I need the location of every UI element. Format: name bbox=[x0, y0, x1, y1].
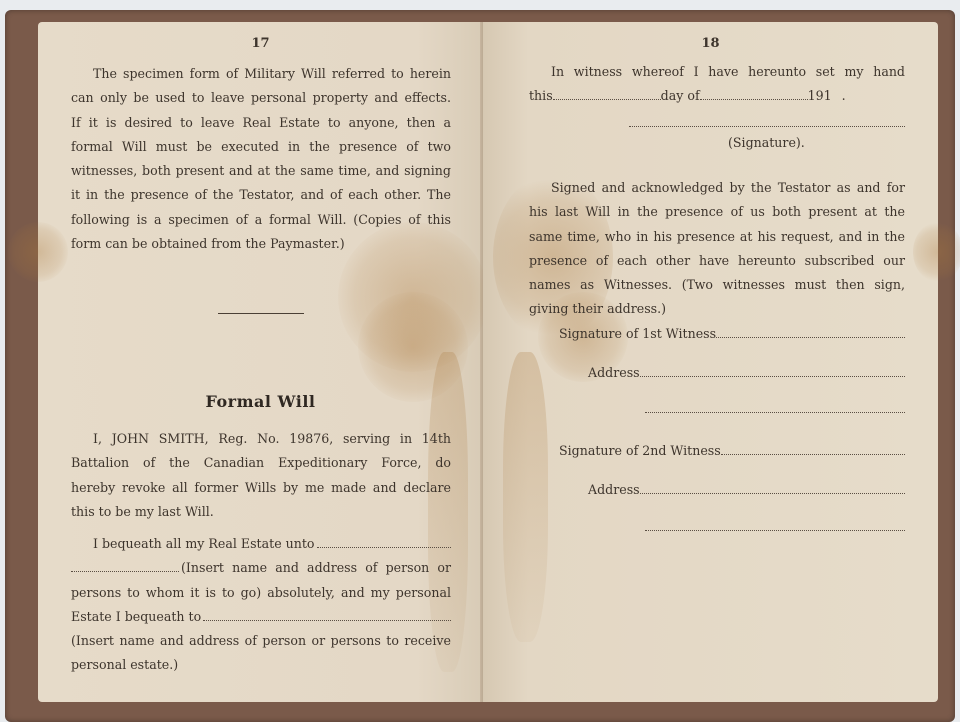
witness-clause: In witness whereof I have hereunto set m… bbox=[529, 60, 905, 109]
text-line: persons to whom it is to go) absolutely,… bbox=[71, 581, 451, 605]
month-blank[interactable] bbox=[700, 99, 808, 100]
text-line: hereby revoke all former Wills by me mad… bbox=[71, 476, 451, 500]
water-stain bbox=[358, 292, 468, 402]
witness1-label: Signature of 1st Witness bbox=[559, 326, 716, 341]
text: I bequeath all my Real Estate unto bbox=[93, 532, 315, 556]
declaration-paragraph: I, JOHN SMITH, Reg. No. 19876, serving i… bbox=[71, 427, 451, 524]
text: Estate I bequeath to bbox=[71, 605, 201, 629]
bequest-line: (Insert name and address of person or bbox=[71, 556, 451, 580]
text-line: I, JOHN SMITH, Reg. No. 19876, serving i… bbox=[71, 427, 451, 451]
text-line: can only be used to leave personal prope… bbox=[71, 86, 451, 110]
section-heading: Formal Will bbox=[38, 392, 483, 411]
left-page: 17 The specimen form of Military Will re… bbox=[38, 22, 483, 702]
year-prefix: 191 bbox=[808, 84, 832, 108]
witness2-address-blank-2[interactable] bbox=[645, 530, 905, 531]
right-page: 18 In witness whereof I have hereunto se… bbox=[483, 22, 938, 702]
witness2-address-row2 bbox=[645, 522, 905, 537]
attestation-paragraph: Signed and acknowledged by the Testator … bbox=[529, 176, 905, 322]
real-estate-beneficiary-blank[interactable] bbox=[317, 547, 451, 548]
witness1-signature-row: Signature of 1st Witness bbox=[559, 326, 905, 341]
witness1-address-blank-2[interactable] bbox=[645, 412, 905, 413]
date-line: this day of 191 . bbox=[529, 84, 905, 108]
text-line: (Insert name and address of person or pe… bbox=[71, 629, 451, 653]
bequest-paragraph: I bequeath all my Real Estate unto (Inse… bbox=[71, 532, 451, 678]
bequest-line: Estate I bequeath to bbox=[71, 605, 451, 629]
text-line: witnesses, both present and at the same … bbox=[71, 159, 451, 183]
witness2-address-row: Address bbox=[588, 482, 905, 497]
witness1-address-row: Address bbox=[588, 365, 905, 380]
real-estate-beneficiary-blank-cont[interactable] bbox=[71, 571, 179, 572]
witness2-address-blank[interactable] bbox=[640, 493, 905, 494]
text-line: names as Witnesses. (Two witnesses must … bbox=[529, 273, 905, 297]
text: . bbox=[842, 84, 846, 108]
personal-estate-beneficiary-blank[interactable] bbox=[203, 620, 451, 621]
page-number: 17 bbox=[38, 36, 483, 51]
text: this bbox=[529, 84, 553, 108]
testator-signature-line[interactable] bbox=[629, 118, 905, 133]
witness1-address-row2 bbox=[645, 404, 905, 419]
text-line: same time, who in his presence at his re… bbox=[529, 225, 905, 249]
text-line: giving their address.) bbox=[529, 297, 905, 321]
bequest-line: I bequeath all my Real Estate unto bbox=[71, 532, 451, 556]
witness1-address-label: Address bbox=[588, 365, 640, 380]
witness2-signature-row: Signature of 2nd Witness bbox=[559, 443, 905, 458]
text-line: Battalion of the Canadian Expeditionary … bbox=[71, 451, 451, 475]
text-line: If it is desired to leave Real Estate to… bbox=[71, 111, 451, 135]
day-blank[interactable] bbox=[553, 99, 661, 100]
text-line: following is a specimen of a formal Will… bbox=[71, 208, 451, 232]
text-line: presence of each other have hereunto sub… bbox=[529, 249, 905, 273]
text-line: form can be obtained from the Paymaster.… bbox=[71, 232, 451, 256]
text-line: his last Will in the presence of us both… bbox=[529, 200, 905, 224]
text-line: The specimen form of Military Will refer… bbox=[71, 62, 451, 86]
text: (Insert name and address of person or bbox=[181, 556, 451, 580]
text-line: personal estate.) bbox=[71, 653, 451, 677]
witness2-signature-blank[interactable] bbox=[721, 454, 905, 455]
text-line: Signed and acknowledged by the Testator … bbox=[529, 176, 905, 200]
signature-caption: (Signature). bbox=[728, 135, 805, 150]
witness2-label: Signature of 2nd Witness bbox=[559, 443, 721, 458]
text-line: this to be my last Will. bbox=[71, 500, 451, 524]
text-line: formal Will must be executed in the pres… bbox=[71, 135, 451, 159]
text-line: it in the presence of the Testator, and … bbox=[71, 183, 451, 207]
intro-paragraph: The specimen form of Military Will refer… bbox=[71, 62, 451, 256]
witness1-signature-blank[interactable] bbox=[716, 337, 905, 338]
text-line: In witness whereof I have hereunto set m… bbox=[529, 60, 905, 84]
section-divider bbox=[218, 313, 304, 314]
page-number: 18 bbox=[483, 36, 938, 51]
witness2-address-label: Address bbox=[588, 482, 640, 497]
signature-blank[interactable] bbox=[629, 126, 905, 127]
water-stain-streak bbox=[503, 352, 548, 642]
witness1-address-blank[interactable] bbox=[640, 376, 905, 377]
text: day of bbox=[661, 84, 700, 108]
